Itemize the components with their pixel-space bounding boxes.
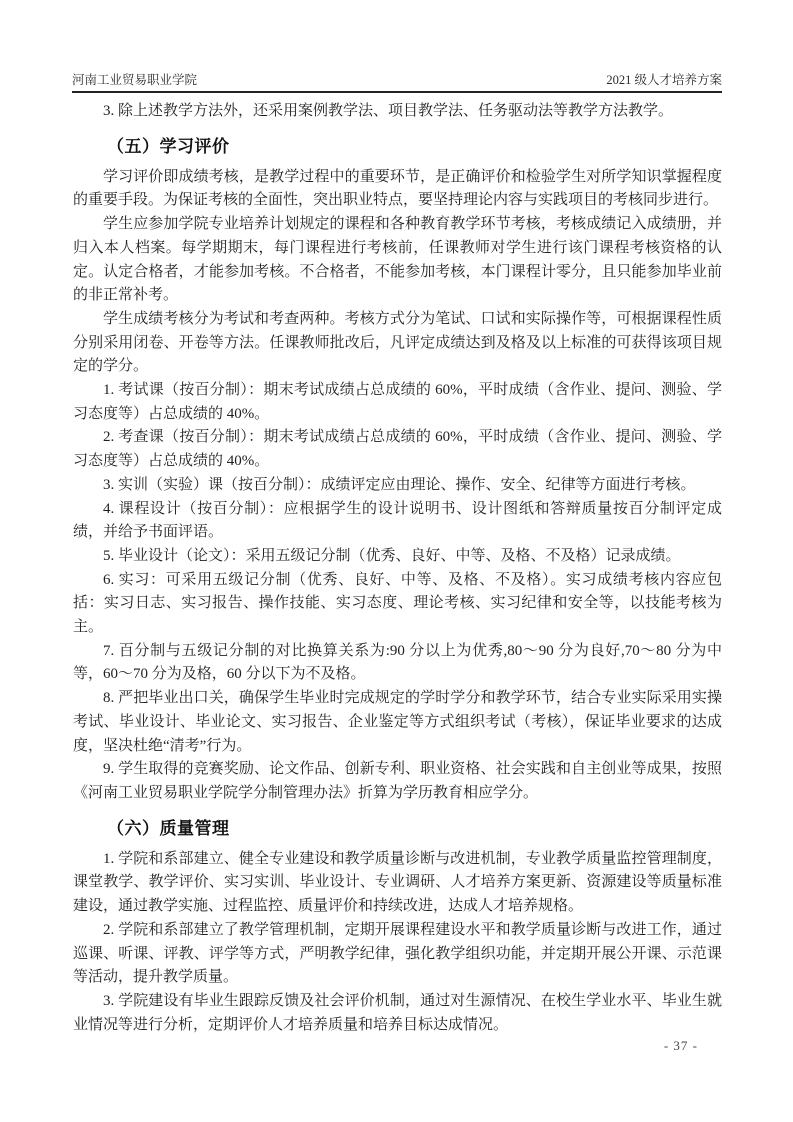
document-body: 3. 除上述教学方法外，还采用案例教学法、项目教学法、任务驱动法等教学方法教学。… [73, 100, 722, 1037]
page-number: - 37 - [664, 1038, 698, 1053]
list-item-practical-course: 3. 实训（实验）课（按百分制）：成绩评定应由理论、操作、安全、纪律等方面进行考… [73, 474, 722, 498]
paragraph-exam-types: 学生成绩考核分为考试和考查两种。考核方式分为笔试、口试和实际操作等，可根据课程性… [73, 308, 722, 379]
page-header: 河南工业贸易职业学院 2021 级人才培养方案 [72, 72, 722, 88]
list-item-internship: 6. 实习：可采用五级记分制（优秀、良好、中等、及格、不及格）。实习成绩考核内容… [73, 569, 722, 640]
paragraph-evaluation-intro: 学习评价即成绩考核，是教学过程中的重要环节，是正确评价和检验学生对所学知识掌握程… [73, 166, 722, 213]
paragraph-exam-qualification: 学生应参加学院专业培养计划规定的课程和各种教育教学环节考核，考核成绩记入成绩册，… [73, 213, 722, 308]
list-item-graduate-tracking: 3. 学院建设有毕业生跟踪反馈及社会评价机制，通过对生源情况、在校生学业水平、毕… [73, 990, 722, 1037]
section-5-heading: （五）学习评价 [73, 134, 722, 160]
list-item-assessment-course: 2. 考查课（按百分制）：期末考试成绩占总成绩的 60%，平时成绩（含作业、提问… [73, 426, 722, 473]
list-item-grade-conversion: 7. 百分制与五级记分制的对比换算关系为:90 分以上为优秀,80～90 分为良… [73, 640, 722, 687]
list-item-teaching-management: 2. 学院和系部建立了教学管理机制，定期开展课程建设水平和教学质量诊断与改进工作… [73, 919, 722, 990]
list-item-course-design: 4. 课程设计（按百分制）：应根据学生的设计说明书、设计图纸和答辩质量按百分制评… [73, 498, 722, 545]
document-page: 河南工业贸易职业学院 2021 级人才培养方案 3. 除上述教学方法外，还采用案… [0, 0, 793, 1122]
header-doc-title: 2021 级人才培养方案 [606, 72, 722, 88]
list-item-graduation-exit: 8. 严把毕业出口关，确保学生毕业时完成规定的学时学分和教学环节，结合专业实际采… [73, 687, 722, 758]
header-school-name: 河南工业贸易职业学院 [72, 72, 197, 88]
header-rule [72, 91, 722, 93]
list-item-quality-mechanism: 1. 学院和系部建立、健全专业建设和教学质量诊断与改进机制，专业教学质量监控管理… [73, 848, 722, 919]
list-item-credit-conversion: 9. 学生取得的竞赛奖励、论文作品、创新专利、职业资格、社会实践和自主创业等成果… [73, 758, 722, 805]
list-item-graduation-design: 5. 毕业设计（论文）：采用五级记分制（优秀、良好、中等、及格、不及格）记录成绩… [73, 545, 722, 569]
page-footer: - 37 - [664, 1038, 698, 1054]
list-item-exam-course: 1. 考试课（按百分制）：期末考试成绩占总成绩的 60%，平时成绩（含作业、提问… [73, 379, 722, 426]
paragraph-teaching-methods-item3: 3. 除上述教学方法外，还采用案例教学法、项目教学法、任务驱动法等教学方法教学。 [73, 100, 722, 124]
section-6-heading: （六）质量管理 [73, 816, 722, 842]
